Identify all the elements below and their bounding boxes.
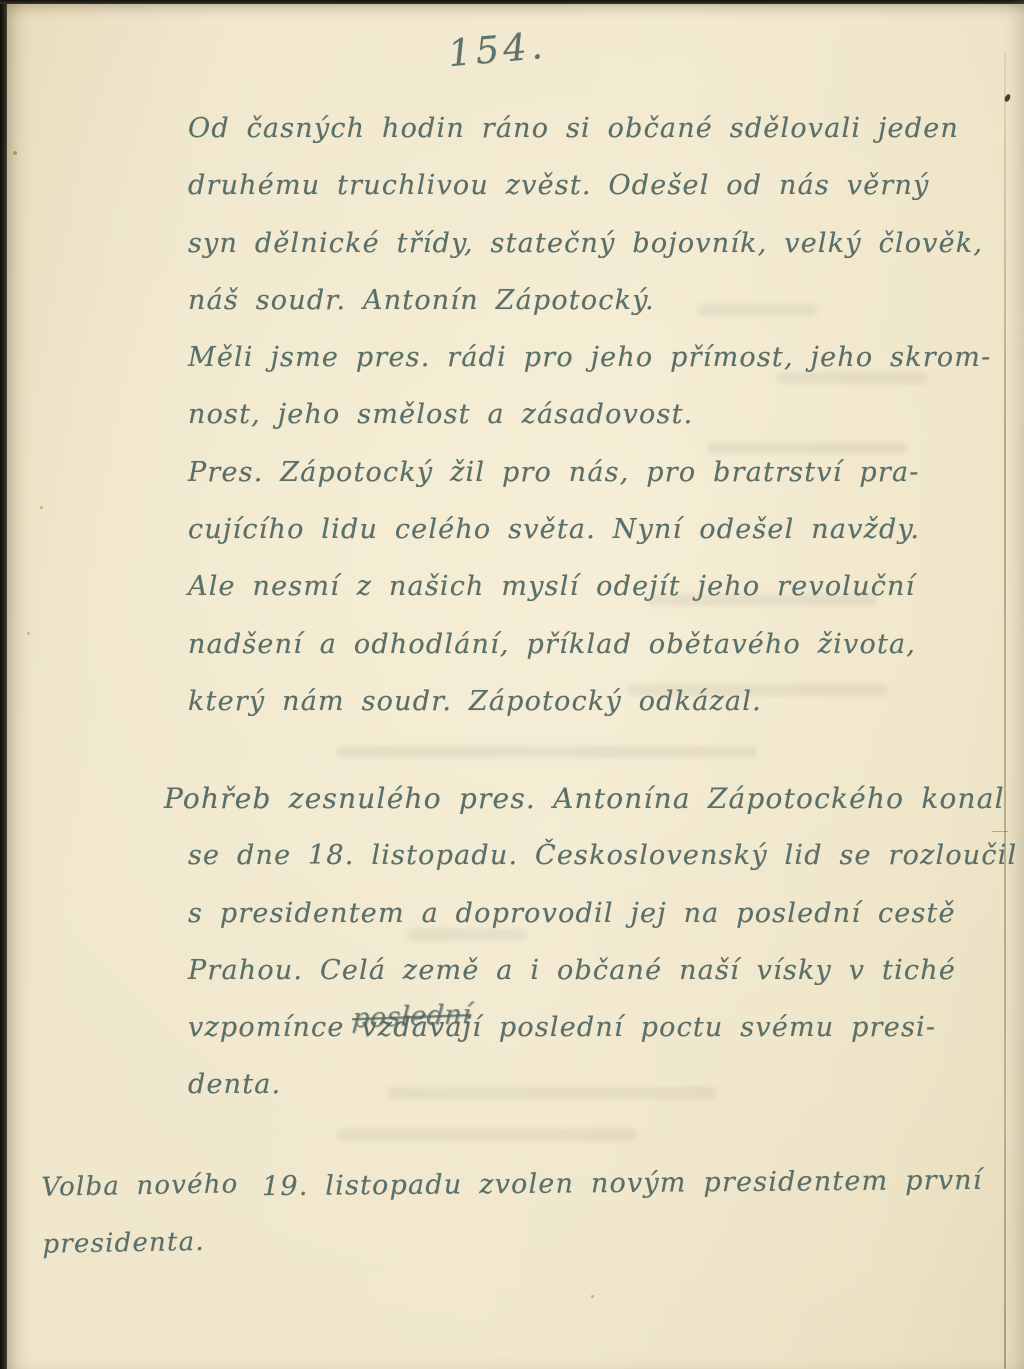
- handwritten-line: Prahou. Celá země a i občané naší vísky …: [188, 942, 948, 999]
- bleedthrough-smudge: [337, 1129, 637, 1141]
- handwritten-line: který nám soudr. Zápotocký odkázal.: [188, 673, 948, 730]
- handwritten-line: Pres. Zápotocký žil pro nás, pro bratrst…: [188, 444, 948, 501]
- handwritten-line: denta.: [188, 1056, 948, 1113]
- scanned-chronicle-page: { "document": { "page_number": "154.", "…: [0, 0, 1024, 1369]
- scan-binding-edge: [0, 0, 7, 1369]
- margin-note: Volba nového presidenta.: [41, 1156, 240, 1273]
- bleedthrough-smudge: [337, 746, 757, 758]
- handwritten-line: Od časných hodin ráno si občané sděloval…: [188, 100, 948, 157]
- margin-note-line: presidenta.: [42, 1213, 240, 1273]
- handwritten-line: nadšení a odhodlání, příklad obětavého ž…: [188, 616, 948, 673]
- paper-speck: [13, 151, 17, 155]
- handwritten-line: Ale nesmí z našich myslí odejít jeho rev…: [188, 558, 948, 615]
- overwritten-correction: poslední: [351, 999, 472, 1034]
- handwritten-line: cujícího lidu celého světa. Nyní odešel …: [188, 501, 948, 558]
- handwritten-line: syn dělnické třídy, statečný bojovník, v…: [188, 215, 948, 272]
- margin-note-line: Volba nového: [41, 1156, 239, 1216]
- handwritten-line: s presidentem a doprovodil jej na posled…: [188, 885, 948, 942]
- handwritten-line: vzpomínce vzdávají poslední poctu svému …: [188, 999, 948, 1056]
- handwritten-line: Měli jsme pres. rádi pro jeho přímost, j…: [188, 329, 948, 386]
- handwritten-paragraphs-obituary: Od časných hodin ráno si občané sděloval…: [188, 100, 948, 730]
- new-president-line: 19. listopadu zvolen novým presidentem p…: [262, 1165, 983, 1202]
- handwritten-line: nost, jeho smělost a zásadovost.: [188, 386, 948, 443]
- paper-speck: [40, 506, 43, 509]
- scan-right-shade: [1005, 0, 1024, 1369]
- handwritten-paragraph-funeral: Pohřeb zesnulého pres. Antonína Zápotock…: [188, 770, 948, 1114]
- handwritten-line: se dne 18. listopadu. Československý lid…: [188, 827, 948, 884]
- handwritten-line: druhému truchlivou zvěst. Odešel od nás …: [188, 157, 948, 214]
- handwritten-line: náš soudr. Antonín Zápotocký.: [188, 272, 948, 329]
- handwritten-line: Pohřeb zesnulého pres. Antonína Zápotock…: [164, 770, 948, 827]
- page-number: 154.: [446, 24, 548, 75]
- paper-speck: [27, 632, 30, 635]
- paper-speck: [591, 1295, 594, 1298]
